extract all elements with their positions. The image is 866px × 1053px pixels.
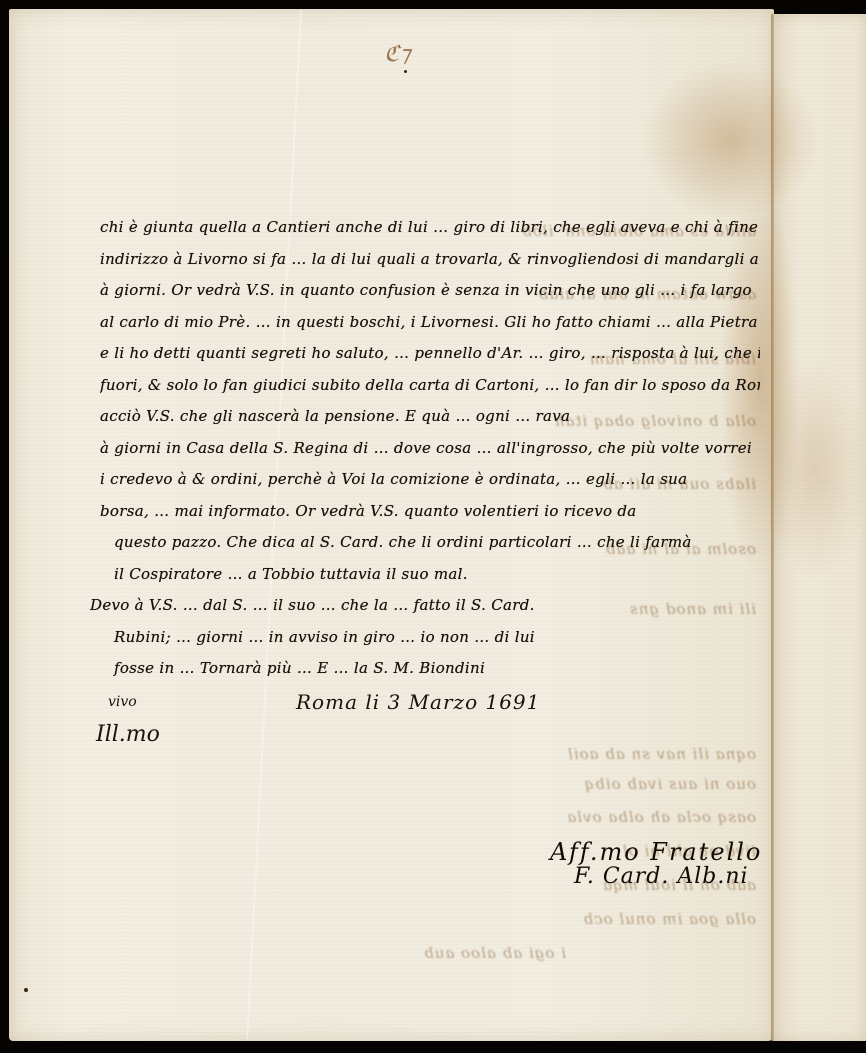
- letter-line: i credevo à & ordini, perchè à Voi la co…: [100, 464, 760, 496]
- letter-line: questo pazzo. Che dica al S. Card. che l…: [100, 527, 760, 559]
- letter-line: il Cospiratore … a Tobbio tuttavia il su…: [100, 559, 760, 591]
- letter-line: fosse in … Tornarà più … E … la S. M. Bi…: [100, 653, 760, 685]
- ink-spot: [24, 988, 28, 992]
- signature-line-name: F. Card. Alb.ni: [550, 864, 762, 889]
- water-stain: [640, 60, 820, 220]
- letter-line: acciò V.S. che gli nascerà la pensione. …: [100, 401, 760, 433]
- letter-line: e li ho detti quanti segreti ho saluto, …: [100, 338, 760, 370]
- ink-spot: [404, 70, 407, 73]
- letter-line: Rubini; … giorni … in avviso in giro … i…: [100, 622, 760, 654]
- letter-line: Devo à V.S. … dal S. … il suo … che la ……: [90, 590, 760, 622]
- letter-body: chi è giunta quella a Cantieri anche di …: [100, 212, 760, 685]
- letter-line: borsa, … mai informato. Or vedrà V.S. qu…: [100, 496, 760, 528]
- letter-line: à giorni in Casa della S. Regina di … do…: [100, 433, 760, 465]
- water-stain: [760, 360, 866, 580]
- signature-block: Aff.mo Fratello F. Card. Alb.ni: [550, 838, 762, 889]
- closing-word: vivo: [108, 694, 137, 710]
- letter-line: à giorni. Or vedrà V.S. in quanto confus…: [100, 275, 760, 307]
- letter-line: chi è giunta quella a Cantieri anche di …: [100, 212, 760, 244]
- salutation-initials: Ill.mo: [96, 722, 160, 747]
- signature-line-closing: Aff.mo Fratello: [550, 838, 762, 866]
- letter-line: indirizzo à Livorno si fa … la di lui qu…: [100, 244, 760, 276]
- ink-blot-mark: ℭ⁊: [384, 42, 410, 67]
- letter-line: al carlo di mio Prè. … in questi boschi,…: [100, 307, 760, 339]
- letter-line: fuori, & solo lo fan giudici subito dell…: [100, 370, 760, 402]
- letter-date: Roma li 3 Marzo 1691: [296, 690, 540, 714]
